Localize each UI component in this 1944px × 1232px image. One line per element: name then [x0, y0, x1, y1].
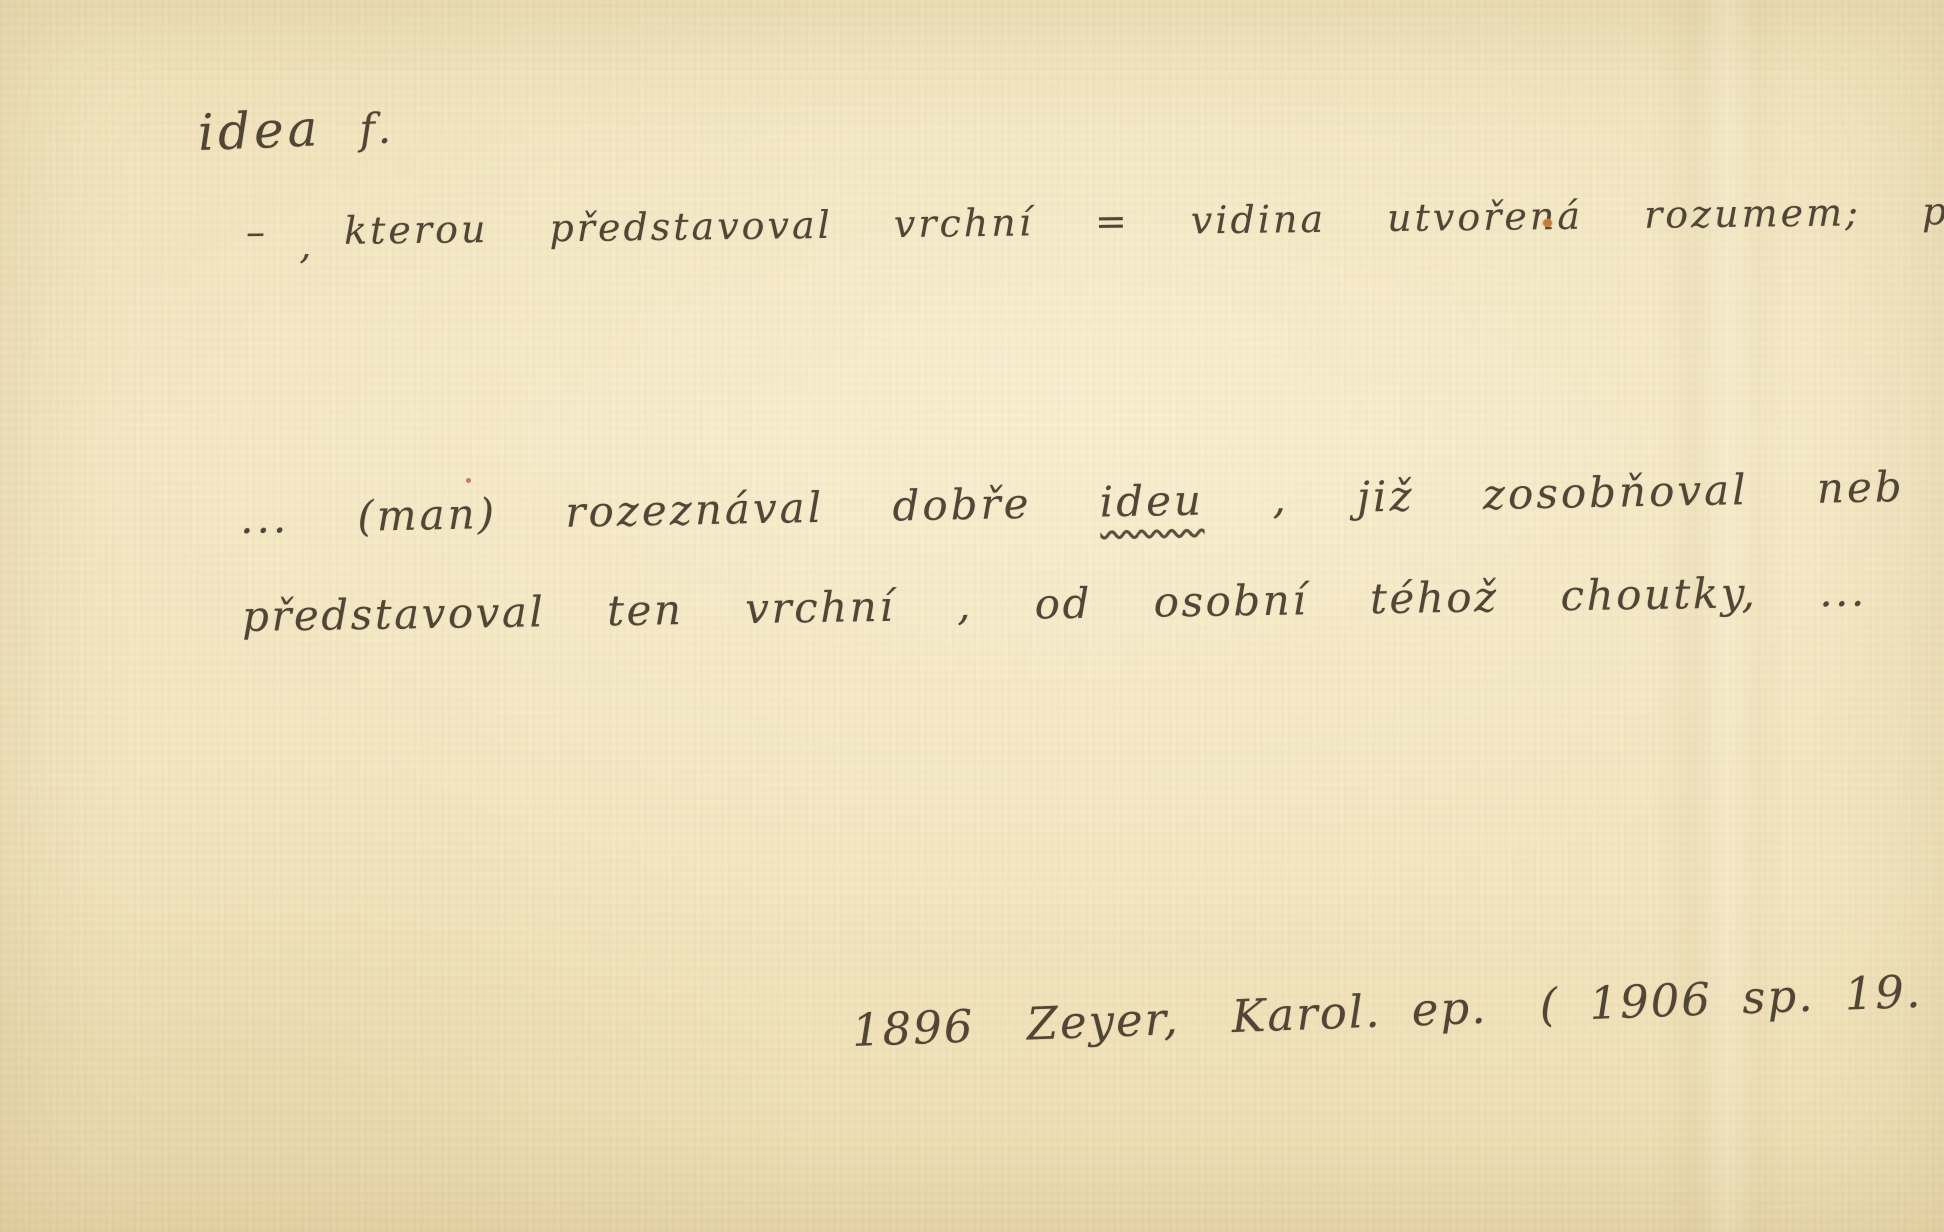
headword: idea: [197, 99, 323, 162]
citation-year: 1896: [851, 1000, 975, 1057]
citation-author: Zeyer,: [1026, 992, 1181, 1051]
quote-suffix: , již zosobňoval neb: [1272, 462, 1905, 523]
quote-line2-text: představoval ten vrchní , od osobní tého…: [242, 566, 1867, 641]
gender-abbreviation: f.: [358, 103, 395, 153]
quote-prefix: ... (man) rozeznával dobře: [240, 479, 1032, 543]
definition-text: kterou představoval vrchní = vidina utvo…: [344, 187, 1944, 253]
quote-underlined-word: ideu: [1099, 475, 1204, 526]
quotation-line-2: představoval ten vrchní , od osobní tého…: [242, 566, 1867, 641]
citation-reference: ( 1906 sp. 19. 13, 1.): [1539, 957, 1944, 1031]
paper-speck-red: [466, 478, 471, 483]
excerpt-card: ideaf. –,kterou představoval vrchní = vi…: [0, 0, 1944, 1232]
quotation-line-1: ... (man) rozeznával dobře ideu , již zo…: [240, 462, 1906, 543]
definition-line: –,kterou představoval vrchní = vidina ut…: [246, 187, 1944, 254]
citation-work: Karol. ep.: [1231, 981, 1489, 1043]
citation-line: 1896 Zeyer, Karol. ep. ( 1906 sp. 19. 13…: [851, 957, 1944, 1057]
definition-comma: ,: [299, 223, 315, 267]
headword-line: ideaf.: [197, 96, 396, 162]
definition-dash: –: [246, 210, 266, 254]
